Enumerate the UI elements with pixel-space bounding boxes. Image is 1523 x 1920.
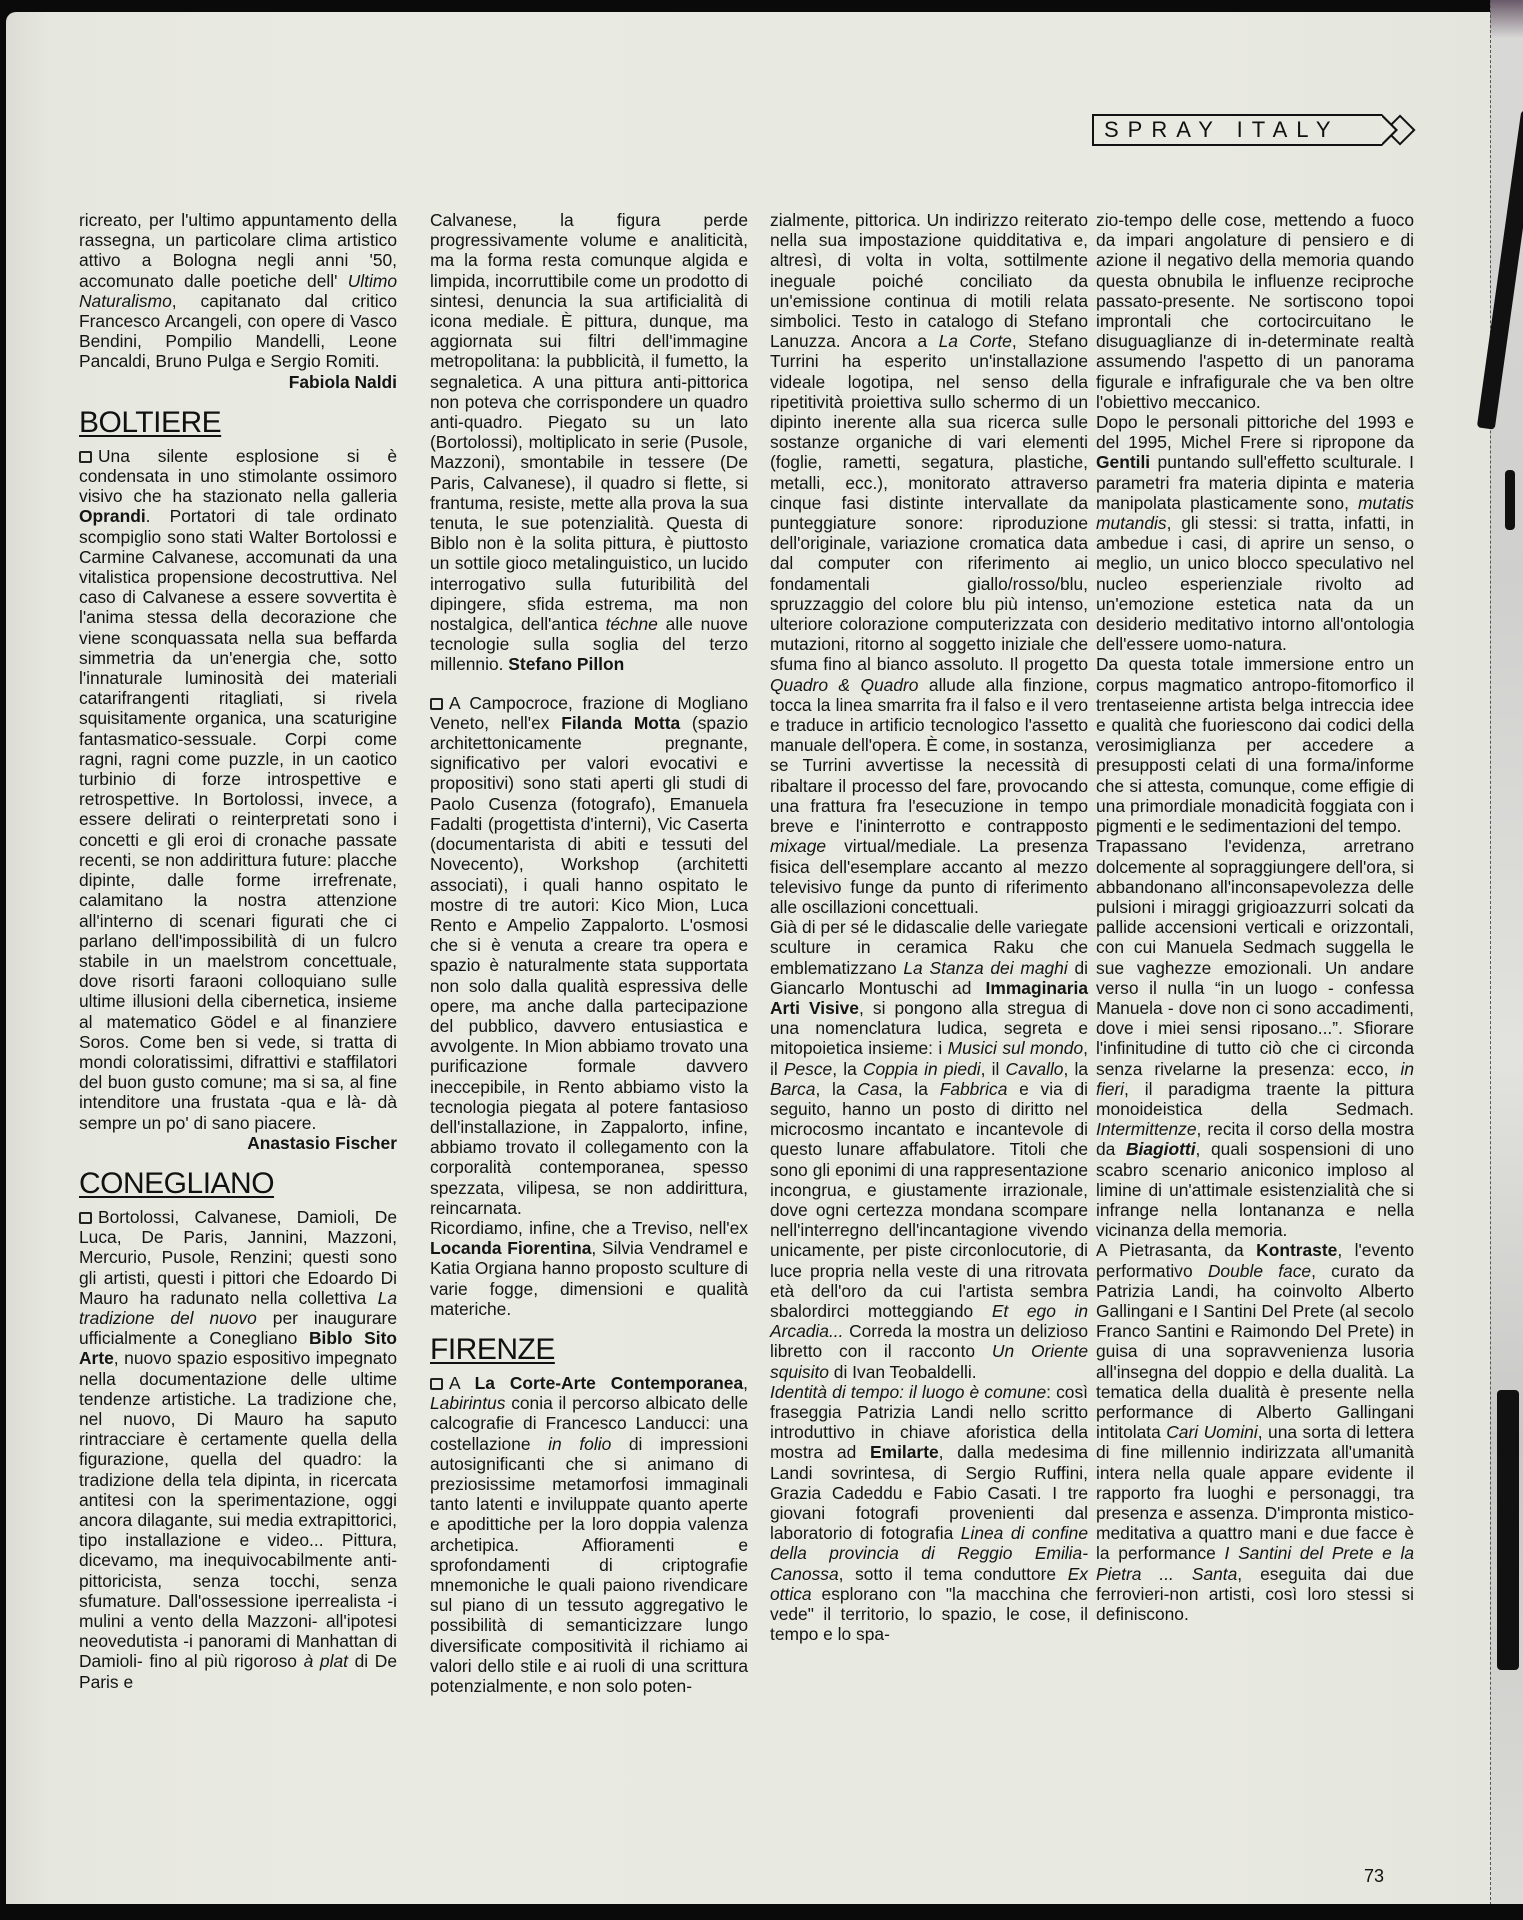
article-emilarte: Identità di tempo: il luogo è comune: co… <box>770 1382 1088 1645</box>
author-signature: Anastasio Fischer <box>79 1133 397 1153</box>
adjacent-page-edge <box>1490 0 1523 1920</box>
checkbox-bullet-icon <box>79 1212 92 1224</box>
column-4: zio-tempo delle cose, mettendo a fuoco d… <box>1096 210 1414 1624</box>
article-raku: Già di per sé le didascalie delle varieg… <box>770 917 1088 1382</box>
checkbox-bullet-icon <box>430 698 443 710</box>
magazine-page: SPRAY ITALY ricreato, per l'ultimo appun… <box>6 12 1496 1914</box>
article-firenze: A La Corte-Arte Contemporanea, Labirintu… <box>430 1373 748 1696</box>
article-treviso: Ricordiamo, infine, che a Treviso, nell'… <box>430 1218 748 1319</box>
section-tag-label: SPRAY ITALY <box>1092 114 1382 146</box>
article-sedmach: Trapassano l'evidenza, arretrano dolceme… <box>1096 836 1414 1240</box>
column-2: Calvanese, la figura perde progressivame… <box>430 210 748 1696</box>
scan-border <box>0 1904 1523 1920</box>
article-firenze-continuation: zialmente, pittorica. Un indirizzo reite… <box>770 210 1088 917</box>
article-corpus: Da questa totale immersione entro un cor… <box>1096 654 1414 836</box>
article-conegliano: Bortolossi, Calvanese, Damioli, De Luca,… <box>79 1207 397 1692</box>
page-number: 73 <box>1364 1866 1384 1887</box>
article-emilarte-continuation: zio-tempo delle cose, mettendo a fuoco d… <box>1096 210 1414 412</box>
column-3: zialmente, pittorica. Un indirizzo reite… <box>770 210 1088 1644</box>
section-heading-boltiere: BOLTIERE <box>79 406 397 440</box>
author-signature: Fabiola Naldi <box>79 372 397 392</box>
section-heading-conegliano: CONEGLIANO <box>79 1167 397 1201</box>
article-pietrasanta: A Pietrasanta, da Kontraste, l'evento pe… <box>1096 1240 1414 1624</box>
section-tag: SPRAY ITALY <box>1092 114 1392 146</box>
column-1: ricreato, per l'ultimo appuntamento dell… <box>79 210 397 1692</box>
checkbox-bullet-icon <box>79 451 92 463</box>
article-intro-continuation: ricreato, per l'ultimo appuntamento dell… <box>79 210 397 372</box>
article-conegliano-continuation: Calvanese, la figura perde progressivame… <box>430 210 748 675</box>
article-campocroce: A Campocroce, frazione di Mogliano Venet… <box>430 693 748 1218</box>
section-heading-firenze: FIRENZE <box>430 1333 748 1367</box>
article-frere: Dopo le personali pittoriche del 1993 e … <box>1096 412 1414 654</box>
article-boltiere: Una silente esplosione si è condensata i… <box>79 446 397 1133</box>
checkbox-bullet-icon <box>430 1378 443 1390</box>
